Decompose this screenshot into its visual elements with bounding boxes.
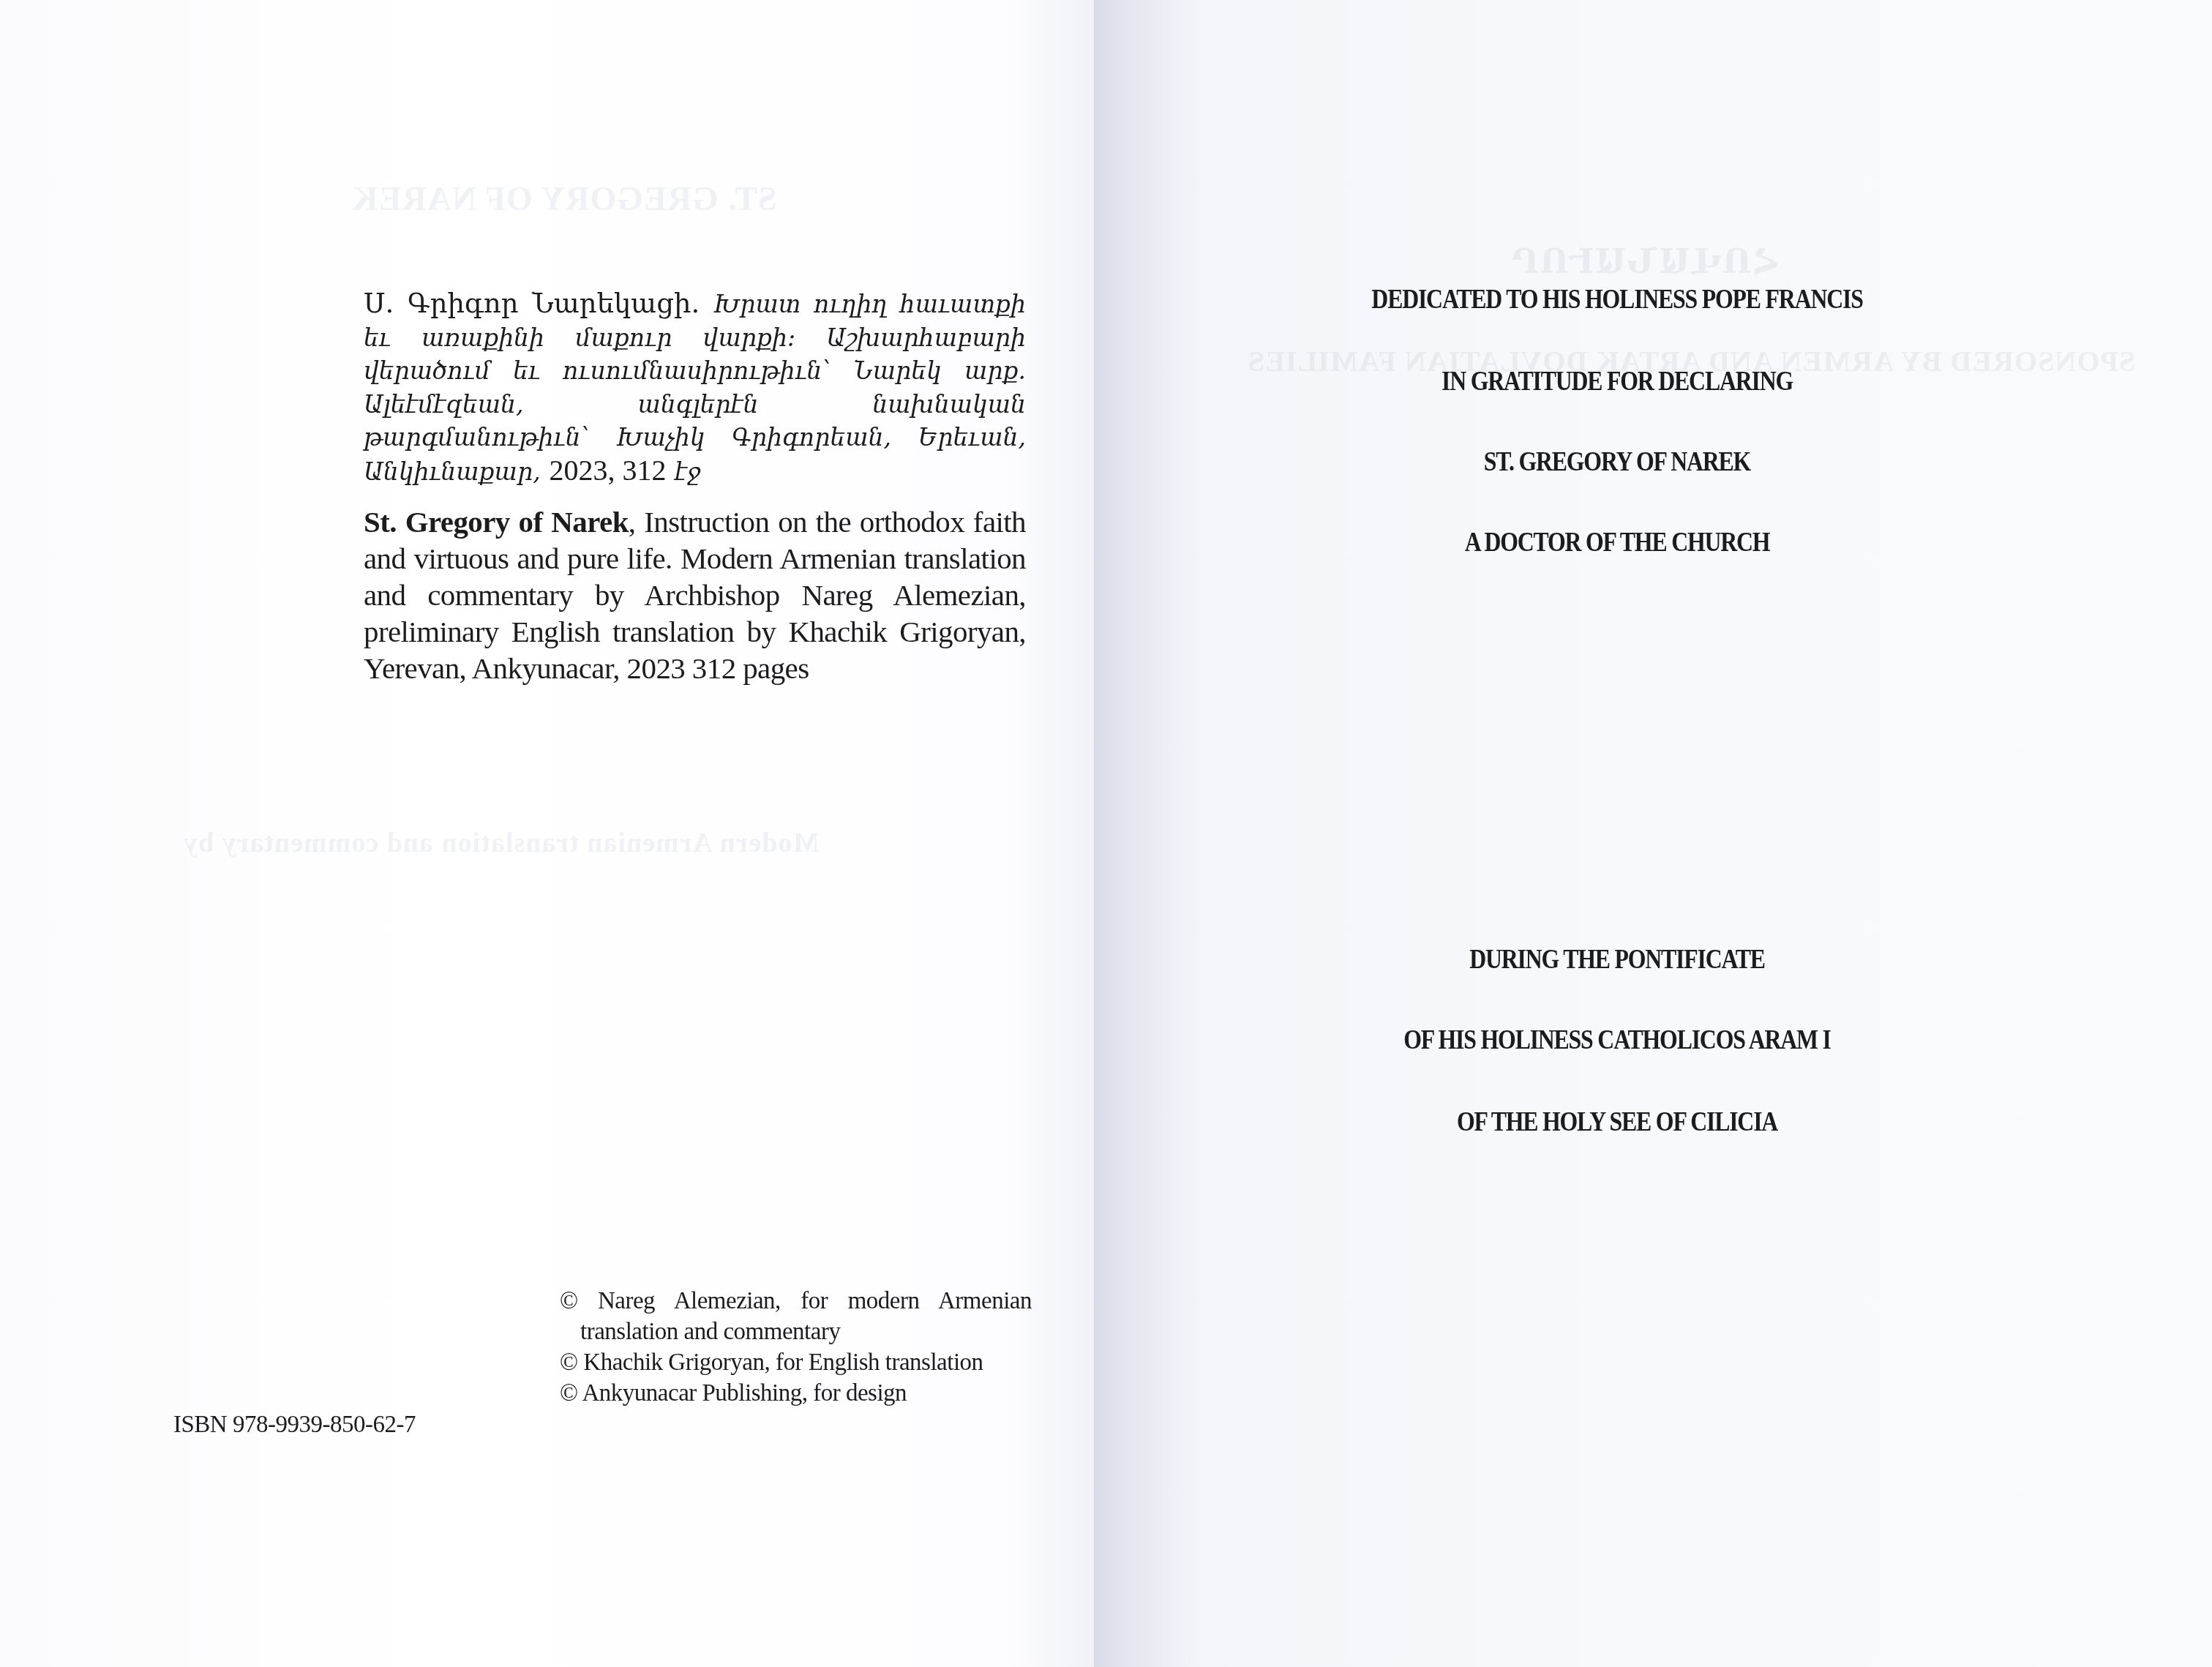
dedication-line-3: ST. GREGORY OF NAREK <box>1334 446 1900 479</box>
copyright-english: © Khachik Grigoryan, for English transla… <box>560 1347 1032 1378</box>
bleed-through-ghost: ՀՈՎԱՆԱՒՈՐ <box>1511 241 1777 281</box>
bleed-through-ghost: ST. GREGORY OF NAREK <box>351 179 777 218</box>
armenian-citation: Ս. Գրիգոր Նարեկացի. Խրատ ուղիղ հաւատքի ե… <box>364 288 1026 488</box>
copyright-translation: © Nareg Alemezian, for modern Armenian t… <box>560 1286 1032 1347</box>
bleed-through-ghost: Modern Armenian translation and commenta… <box>183 827 819 859</box>
pontificate-line-3: OF THE HOLY SEE OF CILICIA <box>1334 1106 1900 1139</box>
copyright-block: © Nareg Alemezian, for modern Armenian t… <box>560 1286 1032 1409</box>
pontificate-line-2: OF HIS HOLINESS CATHOLICOS ARAM I <box>1334 1024 1900 1057</box>
armenian-author: Ս. Գրիգոր Նարեկացի. <box>364 288 700 319</box>
right-page: ՀՈՎԱՆԱՒՈՐ SPONSORED BY ARMEN AND ARTAK D… <box>1204 0 2212 1667</box>
pontificate-line-1: DURING THE PONTIFICATE <box>1334 944 1900 976</box>
left-page: ST. GREGORY OF NAREK Modern Armenian tra… <box>0 0 1094 1667</box>
armenian-pages-abbrev: էջ <box>675 457 700 486</box>
dedication-line-4: A DOCTOR OF THE CHURCH <box>1334 527 1900 559</box>
dedication-line-2: IN GRATITUDE FOR DECLARING <box>1334 366 1900 398</box>
dedication-line-1: DEDICATED TO HIS HOLINESS POPE FRANCIS <box>1334 284 1900 316</box>
english-author: St. Gregory of Narek <box>364 505 629 539</box>
isbn: ISBN 978-9939-850-62-7 <box>173 1409 416 1440</box>
armenian-year-pages: 2023, 312 <box>549 454 666 487</box>
armenian-title: Խրատ ուղիղ հաւատքի եւ առաքինի մաքուր վար… <box>364 290 1026 486</box>
copyright-design: © Ankyunacar Publishing, for design <box>560 1378 1032 1409</box>
english-citation: St. Gregory of Narek, Instruction on the… <box>364 503 1026 686</box>
book-spread: ST. GREGORY OF NAREK Modern Armenian tra… <box>0 0 2212 1667</box>
book-gutter <box>1094 0 1204 1667</box>
